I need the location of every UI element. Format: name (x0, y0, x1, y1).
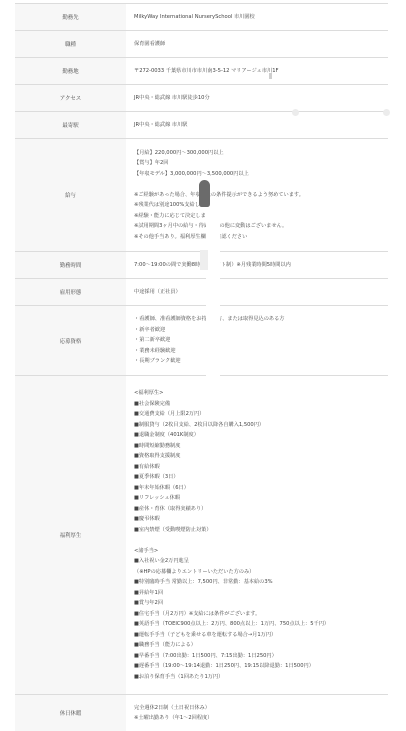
row-value: JR中央・総武線 市川駅 (126, 112, 388, 138)
value-line: 中途採用（正社員） (134, 287, 388, 298)
cursor-icon (269, 73, 272, 79)
table-row-holidays: 休日休暇 完全週休2日制（土日祝日休み） ※土曜出勤あり（年1～2回程度） (15, 695, 388, 731)
value-line: ■有給休暇 (134, 462, 388, 473)
value-line: 【年収モデル】3,000,000円～3,500,000円以上 (134, 169, 388, 180)
value-line: ■職務手当（能力による） (134, 640, 388, 651)
row-label: アクセス (15, 85, 126, 111)
value-line: 【賞与】年2回 (134, 158, 388, 169)
value-line: ■入社祝い金2万円進呈 (134, 556, 388, 567)
value-line: ※ご経験があった場合、年収以上の条件提示ができるよう努めています。 (134, 190, 388, 201)
value-line: ■退職金制度（401K制度） (134, 430, 388, 441)
value-line: ※試用期間3ヶ月中の給与・待遇・その他に変動はございません。 (134, 221, 388, 232)
row-value: ・看護師、准看護師資格をお持ちの方、または取得見込のある方 ・新卒者歓迎 ・第二… (126, 306, 388, 375)
value-line: ■早番手当（7:00出勤：1日500円、7:15出勤：1日250円） (134, 651, 388, 662)
value-line: 7:00～19:00の間で実働8時間（シフト制）※月残業時間5時間以内 (134, 260, 388, 271)
value-line: ・第二新卒歓迎 (134, 335, 388, 346)
value-line: <福利厚生> (134, 388, 388, 399)
value-line: ■資格取得支援制度 (134, 451, 388, 462)
row-value: JR中央・総武線 市川駅徒歩10分 (126, 85, 388, 111)
touch-indicator-icon (292, 109, 299, 116)
value-line: ■夏季休暇（3日） (134, 472, 388, 483)
value-line: ■交通費支給（月上限2万円） (134, 409, 388, 420)
value-line: ■リフレッシュ休暇 (134, 493, 388, 504)
row-value: 保育園看護師 (126, 31, 388, 57)
value-line: ※経験・能力に応じて決定します。 (134, 211, 388, 222)
row-label: 勤務先 (15, 4, 126, 30)
value-line: 完全週休2日制（土日祝日休み） (134, 703, 388, 714)
row-label: 勤務時間 (15, 252, 126, 278)
table-row-employment-type: 雇用形態 中途採用（正社員） (15, 279, 388, 306)
value-line: MilkyWay International NurserySchool 市川園… (134, 12, 388, 23)
row-value: MilkyWay International NurserySchool 市川園… (126, 4, 388, 30)
value-line: ・看護師、准看護師資格をお持ちの方、または取得見込のある方 (134, 314, 388, 325)
value-line: ■遅番手当（19:00～19:14退勤：1日250円、19:15以降退勤：1日5… (134, 661, 388, 672)
table-row-benefits: 福利厚生 <福利厚生> ■社会保険完備 ■交通費支給（月上限2万円） ■制服貸与… (15, 376, 388, 695)
row-value: 【月給】220,000円～300,000円以上 【賞与】年2回 【年収モデル】3… (126, 139, 388, 251)
value-line: ※その他手当あり。福利厚生欄をご確認ください (134, 232, 388, 243)
row-label: 応募資格 (15, 306, 126, 375)
value-line: ■運転手手当（子どもを乗せる車を運転する場合→月1万円） (134, 630, 388, 641)
row-label: 最寄駅 (15, 112, 126, 138)
row-label: 福利厚生 (15, 376, 126, 694)
value-line: ■室内禁煙（受動喫煙防止対策） (134, 525, 388, 536)
row-label: 給与 (15, 139, 126, 251)
value-line: 【月給】220,000円～300,000円以上 (134, 148, 388, 159)
value-line: ■特別臨時手当 常勤以上：7,500円、非常勤：基本給の3% (134, 577, 388, 588)
occlusion-strip-gray (200, 250, 208, 270)
value-line: JR中央・総武線 市川駅徒歩10分 (134, 93, 388, 104)
job-details-table: 勤務先 MilkyWay International NurserySchool… (15, 3, 388, 731)
value-line: 〒272-0033 千葉県市川市市川南3-5-12 マリアージュ市川1F (134, 66, 388, 77)
value-line: <諸手当> (134, 546, 388, 557)
row-label: 雇用形態 (15, 279, 126, 305)
value-line: ■昇給年1回 (134, 588, 388, 599)
row-value: 〒272-0033 千葉県市川市市川南3-5-12 マリアージュ市川1F (126, 58, 388, 84)
spacer (134, 535, 388, 546)
value-line: ・新卒者歓迎 (134, 325, 388, 336)
table-row-workplace: 勤務先 MilkyWay International NurserySchool… (15, 4, 388, 31)
spacer (134, 179, 388, 190)
table-row-location: 勤務地 〒272-0033 千葉県市川市市川南3-5-12 マリアージュ市川1F (15, 58, 388, 85)
value-line: ■制服貸与（2枚目支給、2枚目以降各自購入1,500円） (134, 420, 388, 431)
row-label: 休日休暇 (15, 695, 126, 731)
value-line: JR中央・総武線 市川駅 (134, 120, 388, 131)
value-line: ■時間短縮勤務制度 (134, 441, 388, 452)
value-line: 保育園看護師 (134, 39, 388, 50)
value-line: ■産休・育休（取得実績あり） (134, 504, 388, 515)
value-line: （※HPの応募欄よりエントリーいただいた方のみ） (134, 567, 388, 578)
value-line: ・業務未経験歓迎 (134, 346, 388, 357)
value-line: ■住宅手当（月2万円）※支給には条件がございます。 (134, 609, 388, 620)
occlusion-strip (206, 205, 220, 385)
value-line: ■英語手当（TOEIC900点以上：2万円、800点以上：1万円、750点以上：… (134, 619, 388, 630)
table-row-access: アクセス JR中央・総武線 市川駅徒歩10分 (15, 85, 388, 112)
value-line: ■年末年始休暇（6日） (134, 483, 388, 494)
row-value: <福利厚生> ■社会保険完備 ■交通費支給（月上限2万円） ■制服貸与（2枚目支… (126, 376, 388, 694)
table-row-nearest-station: 最寄駅 JR中央・総武線 市川駅 (15, 112, 388, 139)
row-value: 中途採用（正社員） (126, 279, 388, 305)
row-label: 職種 (15, 31, 126, 57)
value-line: ■慶弔休暇 (134, 514, 388, 525)
row-label: 勤務地 (15, 58, 126, 84)
value-line: ※残業代は別途100%支給します。 (134, 200, 388, 211)
table-row-job-type: 職種 保育園看護師 (15, 31, 388, 58)
finger-touch-overlay-icon (199, 180, 210, 207)
touch-indicator-icon (383, 109, 390, 116)
value-line: ■お泊り保育手当（1回あたり1万円） (134, 672, 388, 683)
row-value: 完全週休2日制（土日祝日休み） ※土曜出勤あり（年1～2回程度） (126, 695, 388, 731)
value-line: ■社会保険完備 (134, 399, 388, 410)
table-row-qualifications: 応募資格 ・看護師、准看護師資格をお持ちの方、または取得見込のある方 ・新卒者歓… (15, 306, 388, 376)
row-value: 7:00～19:00の間で実働8時間（シフト制）※月残業時間5時間以内 (126, 252, 388, 278)
value-line: ※土曜出勤あり（年1～2回程度） (134, 713, 388, 724)
value-line: ■賞与年2回 (134, 598, 388, 609)
value-line: ・長期ブランク歓迎 (134, 356, 388, 367)
